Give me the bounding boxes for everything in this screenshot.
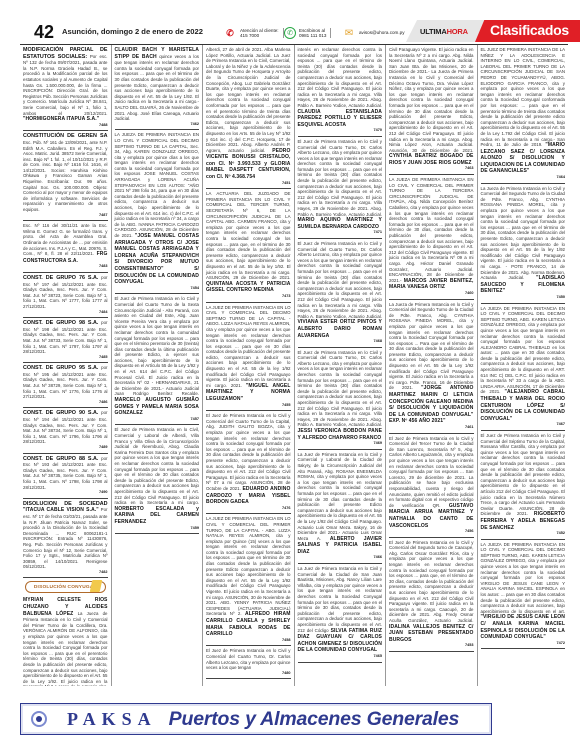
classifieds-columns: MODIFICACIÓN PARCIAL DE ESTATUTOS SOCIAL… bbox=[20, 44, 568, 686]
notice-code: 7466 bbox=[298, 555, 383, 561]
paksa-advertisement[interactable]: PAKSA Puertos y Almacenes Generales bbox=[20, 703, 492, 735]
notice: La Juez de Primera Instancia en lo Civil… bbox=[298, 566, 383, 663]
brand-logo: ULTIMAHORA bbox=[420, 27, 468, 36]
notice-code: 7457 bbox=[115, 417, 200, 423]
notice-heading: DISOLUCION DE SOCIEDAD bbox=[23, 501, 108, 507]
whatsapp-icon: ✆ bbox=[284, 27, 296, 39]
section-banner-disolucion-conyugal: DISOLUCIÓN CONYUGAL bbox=[25, 581, 106, 593]
notice: LA JUEZ DE PRIMERA INSTANCIA EN LO CIVIL… bbox=[206, 305, 291, 412]
notice: CONST. DE GRUPO 90 S.A. por Esc Nº 194 d… bbox=[23, 410, 108, 453]
notice-text: El Juez de Primera Instancia en lo Civil… bbox=[298, 241, 383, 319]
notice-text: EL JUEZ DE PRIMERA INSTANCIA DE LA NIÑEZ… bbox=[481, 47, 566, 147]
notice: LA JUEZA DE PRIMERA INSTANCIA EN LO CIVI… bbox=[389, 177, 474, 299]
notice-text: quince veces a los que tengan interés en… bbox=[115, 54, 200, 122]
notice-heading: CONST. DE GRUPO 98 S.A. bbox=[23, 320, 98, 326]
notice-text: interés en reclamar derechos contra la s… bbox=[298, 47, 383, 108]
notice: Alberdi, 27 de abril de 2021. Alba Marle… bbox=[206, 47, 291, 189]
notice: El Juez de Primera Instancia en lo Civil… bbox=[298, 139, 383, 239]
notice-code: 7464 bbox=[481, 175, 566, 181]
notice-heading: CONSTITUCIÓN DE GEREN SA bbox=[23, 133, 108, 139]
column-6: EL JUEZ DE PRIMERA INSTANCIA DE LA NIÑEZ… bbox=[478, 45, 569, 686]
contact-label: Atención al cliente: bbox=[240, 28, 279, 33]
notice: El Juez de Primera Instancia en lo Civil… bbox=[298, 350, 383, 450]
notice: Esc. Nº 116 del 30/11/21 ante la Esc. Wi… bbox=[23, 223, 108, 273]
notice-text: LA JUEZA DE PRIMERA INSTANCIA EN LO CIVI… bbox=[481, 306, 566, 395]
notice: CONST. DE GRUPO 98 S.A. por Esc Nº 198 d… bbox=[23, 320, 108, 363]
notice: CLAUDIR BACH Y MARISTELA STIPP DE BACH q… bbox=[115, 47, 200, 130]
brand-suffix: HORA bbox=[447, 27, 468, 36]
notice-code: 7469 bbox=[298, 441, 383, 447]
notice-code: 7484 bbox=[23, 310, 108, 316]
contact-label: Escribinos al bbox=[299, 28, 325, 33]
notice: La Jueza de Primera Instancia en lo Civi… bbox=[389, 302, 474, 434]
contact-phone: ✆ Atención al cliente:415 7000 bbox=[223, 24, 284, 42]
notice: MODIFICACIÓN PARCIAL DE ESTATUTOS SOCIAL… bbox=[23, 47, 108, 131]
notice-code: 7453 bbox=[389, 643, 474, 649]
notice-heading: CONST. DE GRUPO 76 S.A. bbox=[23, 275, 98, 281]
page-header: 42 Asunción, domingo 2 de enero de 2022 … bbox=[20, 18, 568, 44]
notice-parties: IDALINA VALLEJOS BENITEZ C/ JUAN ESTEBAN… bbox=[389, 624, 474, 643]
notice-code: 7486 bbox=[23, 400, 108, 406]
notice: Civil Paraguayo Vigente. El juicio radic… bbox=[389, 47, 474, 175]
ad-tagline: Puertos y Almacenes Generales bbox=[169, 708, 459, 731]
notice-parties: "ITACUA CABLE VISION S.A." bbox=[23, 507, 99, 513]
section-title: Clasificados bbox=[490, 22, 569, 38]
notice: LA JUEZA DE PRIMERA INSTANCIA EN LO CIVI… bbox=[481, 306, 566, 431]
contact-value: 0981 111 013 bbox=[299, 33, 326, 38]
notice-code: 7454 bbox=[115, 286, 200, 292]
notice-parties: "VIRGILIO DE JESUS CANE LEON C/ ANALIA K… bbox=[481, 614, 566, 640]
notice: EL JUEZ DE PRIMERA INSTANCIA DE LA NIÑEZ… bbox=[481, 47, 566, 184]
notice-code: 7451 bbox=[206, 181, 291, 187]
paksa-seal-icon bbox=[31, 711, 47, 727]
notice-text: LA JUEZ DE PRIMERA INSTANCIA EN LO CIVIL… bbox=[206, 516, 291, 616]
notice-text: El Juez de Primera Instancia en lo Civil… bbox=[115, 296, 200, 396]
section-banner-label: DISOLUCIÓN CONYUGAL bbox=[34, 585, 97, 590]
notice-code: 7490 bbox=[23, 490, 108, 496]
notice-code: 7488 bbox=[23, 123, 108, 129]
notice-parties: VIVIANA ESTER ORTIZ PINTOS Y ALBERTO DAR… bbox=[298, 319, 383, 338]
notice-text: El Juez de Primera Instancia en lo Civil… bbox=[481, 433, 566, 516]
notice: El Juez de Primera Instancia en lo Civil… bbox=[115, 427, 200, 534]
notice-code: 7462 bbox=[115, 122, 200, 128]
notice-parties: CLAUDIA ESTANISLADA PAREDEZ PORTILLO Y E… bbox=[298, 109, 383, 128]
notice-text: El Juez de Primera Instancia en lo Civil… bbox=[389, 540, 474, 623]
column-2: CLAUDIR BACH Y MARISTELA STIPP DE BACH q… bbox=[112, 45, 204, 686]
notice-code: 7461 bbox=[389, 425, 474, 431]
page-number: 42 bbox=[34, 22, 54, 43]
notice: interés en reclamar derechos contra la s… bbox=[298, 47, 383, 137]
column-4: interés en reclamar derechos contra la s… bbox=[295, 45, 387, 686]
notice-text: LA ACTUARIA DEL JUZGADO DE PRIMERA INSTA… bbox=[206, 191, 291, 280]
notice-code: 7460 bbox=[389, 291, 474, 297]
notice-text: Esc. Nº 116 del 30/11/21 ante la Esc. Wi… bbox=[23, 223, 108, 256]
notice-code: 7487 bbox=[23, 213, 108, 219]
contact-value: avisos@uhora.com.py bbox=[359, 30, 409, 35]
notice-text: Esc. Púb. Nº 161 de 13/09/2021, ante N.P… bbox=[23, 140, 108, 212]
notice-text: LA JUEZA DE PRIMERA INSTANCIA EN LO CIVI… bbox=[389, 177, 474, 283]
notice: LA JUEZA DE PRIMERA INSTANCIA EN LO CIVI… bbox=[115, 132, 200, 294]
notice-text: El Juez de Primera Instancia en lo Civil… bbox=[389, 436, 474, 508]
notice-heading: CONST. DE GRUPO 90 S.A. bbox=[23, 410, 98, 416]
phone-icon: ✆ bbox=[223, 26, 237, 40]
notice-code: 7473 bbox=[206, 294, 291, 300]
notice-code: 7485 bbox=[23, 355, 108, 361]
notice: CONST. DE GRUPO 88 S.A. por Esc Nº 193 d… bbox=[23, 456, 108, 499]
notice-code: 7456 bbox=[389, 529, 474, 535]
contact-email: ✉ avisos@uhora.com.py bbox=[342, 24, 409, 42]
notice-text: La Jueza de Primera Instancia en lo Civi… bbox=[389, 302, 474, 391]
notice-code: 7465 bbox=[298, 654, 383, 660]
envelope-icon: ✉ bbox=[342, 26, 356, 40]
notice: LA JUEZA DE PRIMERA INSTANCIA EN LO CIVI… bbox=[481, 542, 566, 650]
page-date: Asunción, domingo 2 de enero de 2022 bbox=[62, 27, 203, 36]
notice-text: El Juez de Primera Instancia en lo Civil… bbox=[298, 139, 383, 217]
notice: La Jueza de Primera Instancia en lo Civi… bbox=[481, 186, 566, 304]
notice-code: 7471 bbox=[298, 230, 383, 236]
notice-code: 7450 bbox=[481, 295, 566, 301]
column-5: Civil Paraguayo Vigente. El juicio radic… bbox=[386, 45, 478, 686]
notice: MYRIAN CELESTE RIOS CHUZANO Y ALCIDES BA… bbox=[23, 597, 108, 686]
notice-text: La Jueza de Primera Instancia en lo Civi… bbox=[481, 186, 566, 281]
notice-text: Por esc. Nº 132 de fecha 09/07/2021, pas… bbox=[23, 54, 108, 116]
notice-heading: CONST. DE GRUPO 88 S.A. bbox=[23, 456, 98, 462]
notice-text: LA JUEZA DE PRIMERA INSTANCIA EN LO CIVI… bbox=[481, 542, 566, 614]
notice: CONSTITUCIÓN DE GEREN SA Esc. Púb. Nº 16… bbox=[23, 133, 108, 221]
notice-code: 7459 bbox=[115, 526, 200, 532]
notice-code: 7483 bbox=[23, 264, 108, 270]
notice-parties: MARCELO AUGUSTO GUSMÃO GOMES Y PAMELA MA… bbox=[115, 397, 200, 416]
contact-value: 415 7000 bbox=[240, 33, 259, 38]
notice-code: 7463 bbox=[389, 166, 474, 172]
notice-parties: MARIO AQUINO MARTINEZ Y SUMILDA BERNARDA… bbox=[298, 217, 383, 230]
notice-parties: "HORMIGONERA ITAPUA S.A." bbox=[23, 116, 99, 122]
notice: LA ACTUARIA DEL JUZGADO DE PRIMERA INSTA… bbox=[206, 191, 291, 302]
contact-whatsapp: ✆ Escribinos al0981 111 013 bbox=[284, 24, 331, 42]
notice: El Juez de Primera Instancia en lo Civil… bbox=[206, 413, 291, 514]
notice: CONST. DE GRUPO 95 S.A. por Esc Nº 195 d… bbox=[23, 365, 108, 408]
notice-code: 7480 bbox=[206, 671, 291, 677]
ad-brand: PAKSA bbox=[67, 709, 157, 730]
pencil-icon bbox=[89, 580, 102, 592]
notice: LA JUEZ DE PRIMERA INSTANCIA EN LO CIVIL… bbox=[206, 516, 291, 646]
column-1: MODIFICACIÓN PARCIAL DE ESTATUTOS SOCIAL… bbox=[20, 45, 112, 686]
notice-text: Alberdi, 27 de abril de 2021. Alba Marle… bbox=[206, 47, 291, 153]
notice-code: 7476 bbox=[206, 506, 291, 512]
notice-text: La Jueza de Primera Instancia en lo Civi… bbox=[23, 611, 108, 686]
notice-text: El Juez de Primera Instancia en lo Civil… bbox=[115, 427, 200, 505]
notice-text: El Juez de Primera Instancia en lo Civil… bbox=[206, 413, 291, 491]
notice: DISOLUCION DE SOCIEDAD "ITACUA CABLE VIS… bbox=[23, 501, 108, 579]
notice-code: 7458 bbox=[206, 638, 291, 644]
notice: La Juez de Primera Instancia en lo Civil… bbox=[298, 452, 383, 564]
notice: El Juez de Primera Instancia en lo Civil… bbox=[481, 433, 566, 540]
notice-text: La Juez de Primera Instancia en lo Civil… bbox=[298, 566, 383, 633]
notice: El Juez de Primera Instancia en lo Civil… bbox=[115, 296, 200, 425]
notice-text: El Juez de Primera Instancia en lo Civil… bbox=[298, 350, 383, 428]
notice: El Juez de Primera Instancia en lo Civil… bbox=[206, 648, 291, 679]
notice: El Juez de Primera Instancia en lo Civil… bbox=[389, 436, 474, 538]
notice-code: 7468 bbox=[298, 339, 383, 345]
notice-code: 7467 bbox=[481, 422, 566, 428]
notice-heading: CONST. DE GRUPO 95 S.A. bbox=[23, 365, 98, 371]
notice-parties: NORBERTO ESCALADA y KARINA DEL CARMEN FE… bbox=[115, 506, 200, 525]
notice-parties: CYNTHIA BEATRIZ BOGADO DE RIOS Y JUAN JO… bbox=[389, 153, 474, 166]
notice-text: Por esc. Nº 17 de fecha 01/03/21, pasada… bbox=[23, 507, 108, 569]
notice-code: 7452 bbox=[481, 531, 566, 537]
notice-code: 7489 bbox=[23, 445, 108, 451]
notice-code: 7455 bbox=[206, 403, 291, 409]
notice-text: El Juez de Primera Instancia en lo Civil… bbox=[206, 648, 291, 670]
notice-text: La Juez de Primera Instancia en lo Civil… bbox=[298, 452, 383, 541]
notice: CONST. DE GRUPO 76 S.A. por Esc Nº 197 d… bbox=[23, 275, 108, 318]
notice-parties: "JORGE ANTONIO MARTINEZ MARIN C/ LETICIA… bbox=[389, 385, 474, 424]
notice-code: 7470 bbox=[298, 128, 383, 134]
notice: El Juez de Primera Instancia en lo Civil… bbox=[298, 241, 383, 348]
notice-parties: JESSI VERONICA BOBDON PANE Y ALFREDO CHA… bbox=[298, 428, 383, 441]
notice-code: 7472 bbox=[481, 641, 566, 647]
brand-prefix: ULTIMA bbox=[420, 27, 447, 36]
notice-parties: MARCOS JAVIER BENITEZ, MARIA VANESA ORTI… bbox=[389, 278, 474, 291]
notice-text: LA JUEZA DE PRIMERA INSTANCIA EN LO CIVI… bbox=[115, 132, 200, 238]
notice-parties: QUINTANA ACOSTA Y PATRICIA GISSEL CONTER… bbox=[206, 281, 291, 294]
notice-text: Civil Paraguayo Vigente. El juicio radic… bbox=[389, 47, 474, 153]
notice-text: LA JUEZ DE PRIMERA INSTANCIA EN LO CIVIL… bbox=[206, 305, 291, 388]
column-3: Alberdi, 27 de abril de 2021. Alba Marle… bbox=[203, 45, 295, 686]
notice-code: 7482 bbox=[23, 570, 108, 576]
notice: El Juez de Primera Instancia en lo Civil… bbox=[389, 540, 474, 652]
notice-parties: "JOSE MANUEL COSTAS ARRIAGADA Y OTROS C/… bbox=[115, 233, 200, 285]
